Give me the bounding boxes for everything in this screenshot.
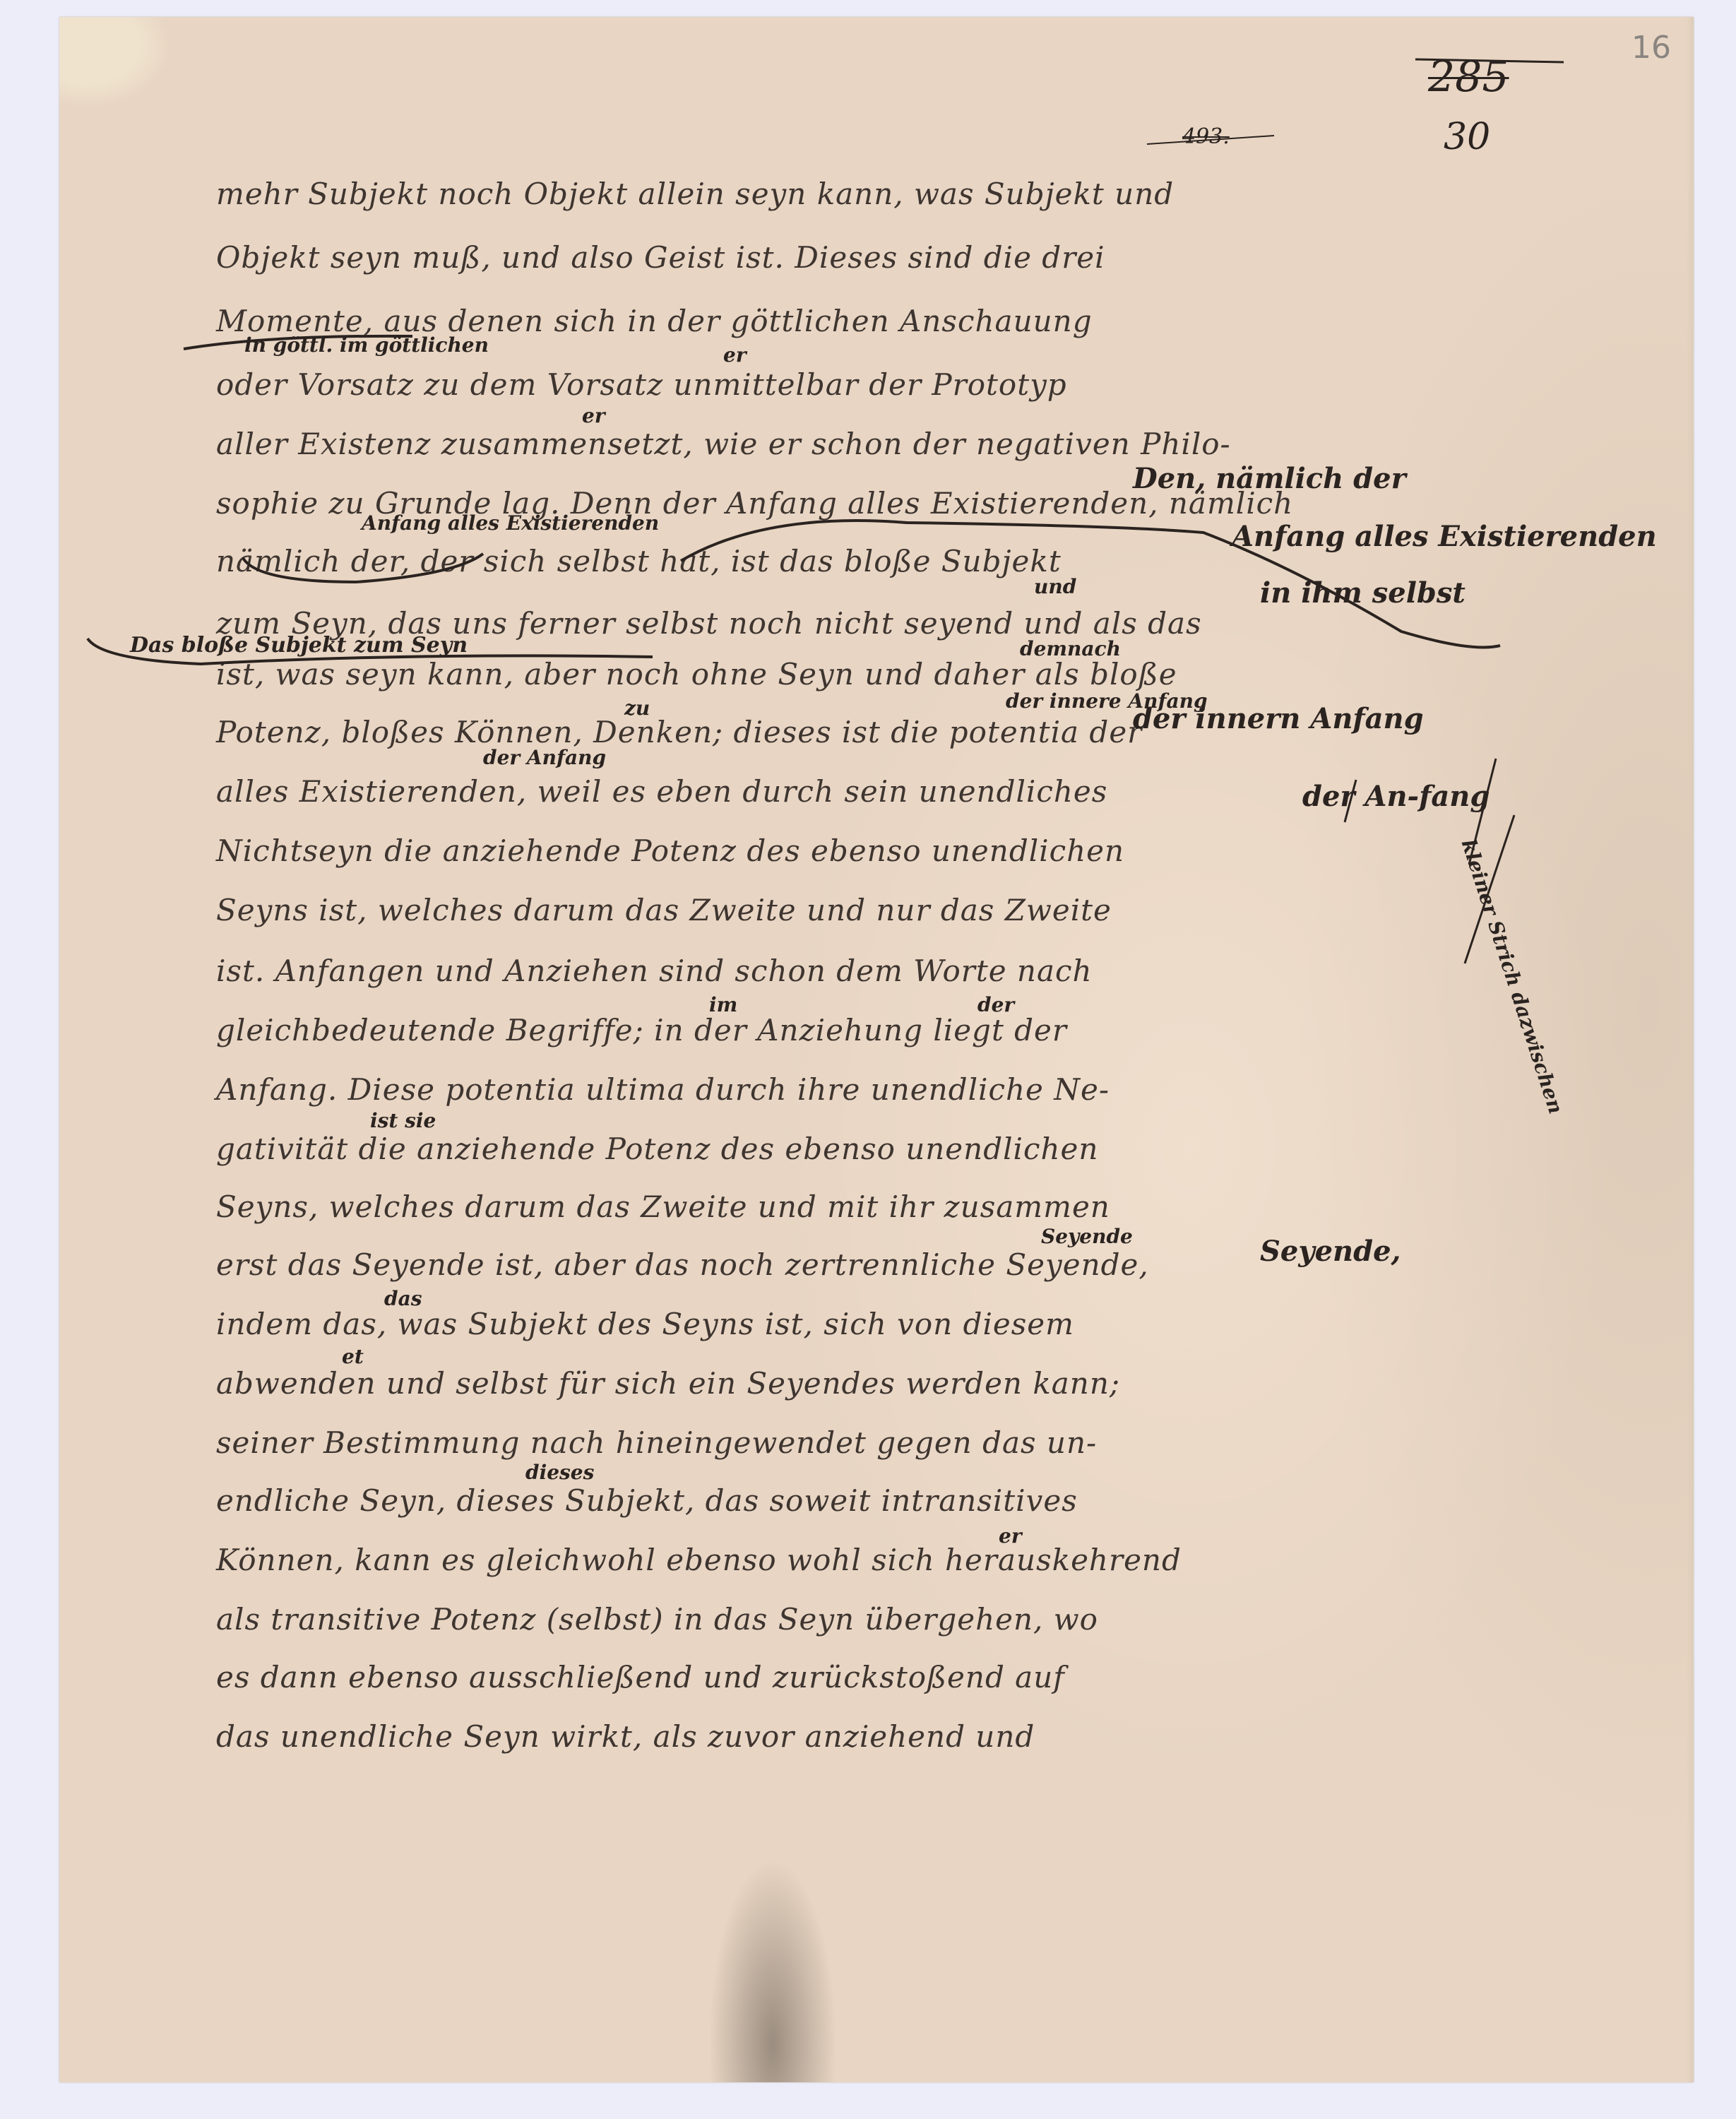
text-line-24: Können, kann es gleichwohl ebenso wohl s… bbox=[216, 1543, 1182, 1577]
text-line-25: als transitive Potenz (selbst) in das Se… bbox=[216, 1602, 1098, 1637]
margin-note-right-2: der innern Anfang bbox=[1133, 702, 1424, 735]
text-line-21: abwenden und selbst für sich ein Seyende… bbox=[216, 1366, 1120, 1401]
pencil-corner-number: 16 bbox=[1631, 30, 1671, 66]
insertion-above-line-24: er bbox=[999, 1524, 1022, 1548]
text-line-27: das unendliche Seyn wirkt, als zuvor anz… bbox=[216, 1719, 1035, 1754]
text-line-26: es dann ebenso ausschließend und zurücks… bbox=[216, 1660, 1065, 1694]
insertion-above-line-5: er bbox=[582, 404, 605, 427]
margin-note-right-1c: in ihm selbst bbox=[1260, 576, 1466, 610]
margin-note-right-1a: Den, nämlich der bbox=[1133, 462, 1406, 495]
insertion-above-line-23: dieses bbox=[525, 1461, 594, 1484]
text-line-16: Anfang. Diese potentia ultima durch ihre… bbox=[216, 1072, 1110, 1107]
text-line-23: endliche Seyn, dieses Subjekt, das sowei… bbox=[216, 1483, 1078, 1518]
text-line-14: ist. Anfangen und Anziehen sind schon de… bbox=[216, 954, 1093, 988]
insertion-above-line-7: Anfang alles Existierenden bbox=[362, 511, 659, 535]
insertion-above-line-11: der Anfang bbox=[483, 746, 606, 769]
text-line-19: erst das Seyende ist, aber das noch zert… bbox=[216, 1247, 1149, 1282]
margin-note-left-line-8: Das bloße Subjekt zum Seyn bbox=[130, 633, 468, 658]
margin-note-right-1b: Anfang alles Existierenden bbox=[1232, 520, 1657, 553]
insertion-above-line-21: et bbox=[342, 1345, 364, 1368]
insertion-above-line-17: ist sie bbox=[370, 1109, 436, 1132]
text-line-5: aller Existenz zusammensetzt, wie er sch… bbox=[216, 427, 1231, 461]
insertion-above-line-15b: der bbox=[977, 993, 1014, 1016]
text-line-20: indem das, was Subjekt des Seyns ist, si… bbox=[216, 1307, 1074, 1341]
insertion-above-line-10b: zu bbox=[624, 696, 650, 720]
text-line-13: Seyns ist, welches darum das Zweite und … bbox=[216, 893, 1112, 927]
insertion-above-line-20: das bbox=[384, 1287, 422, 1310]
insertion-above-line-15a: im bbox=[709, 993, 737, 1016]
text-line-22: seiner Bestimmung nach hineingewendet ge… bbox=[216, 1425, 1097, 1460]
margin-note-right-3: der An-fang bbox=[1302, 780, 1490, 813]
text-line-10: Potenz, bloßes Können, Denken; dieses is… bbox=[216, 715, 1142, 749]
text-line-1: mehr Subjekt noch Objekt allein seyn kan… bbox=[216, 177, 1174, 211]
text-line-2: Objekt seyn muß, und also Geist ist. Die… bbox=[216, 240, 1105, 275]
insertion-above-line-19: Seyende bbox=[1041, 1225, 1133, 1248]
text-line-12: Nichtseyn die anziehende Potenz des eben… bbox=[216, 833, 1124, 868]
insertion-above-line-4-right: er bbox=[723, 343, 747, 367]
text-line-11: alles Existierenden, weil es eben durch … bbox=[216, 774, 1107, 809]
manuscript-page: 285 30 16 493. mehr Subjekt noch Objekt … bbox=[59, 17, 1694, 2082]
struck-folio-number: 285 bbox=[1428, 52, 1509, 102]
top-annotation-number: 493. bbox=[1182, 124, 1230, 149]
paper-edge bbox=[1687, 17, 1694, 2082]
text-line-7: nämlich der, der sich selbst hat, ist da… bbox=[216, 544, 1062, 578]
margin-note-right-diagonal: kleiner Strich dazwischen bbox=[1457, 836, 1568, 1117]
margin-note-right-5: Seyende, bbox=[1260, 1235, 1401, 1268]
text-line-17: gativität die anziehende Potenz des eben… bbox=[216, 1132, 1098, 1166]
folio-number: 30 bbox=[1444, 116, 1490, 158]
insertion-above-line-9: demnach bbox=[1020, 637, 1121, 660]
text-line-15: gleichbedeutende Begriffe; in der Anzieh… bbox=[216, 1013, 1067, 1047]
text-line-9: ist, was seyn kann, aber noch ohne Seyn … bbox=[216, 657, 1177, 692]
insertion-above-line-4: in göttl. im göttlichen bbox=[244, 333, 489, 357]
insertion-above-line-8: und bbox=[1034, 575, 1076, 598]
text-line-18: Seyns, welches darum das Zweite und mit … bbox=[216, 1189, 1110, 1224]
text-line-4: oder Vorsatz zu dem Vorsatz unmittelbar … bbox=[216, 367, 1067, 402]
